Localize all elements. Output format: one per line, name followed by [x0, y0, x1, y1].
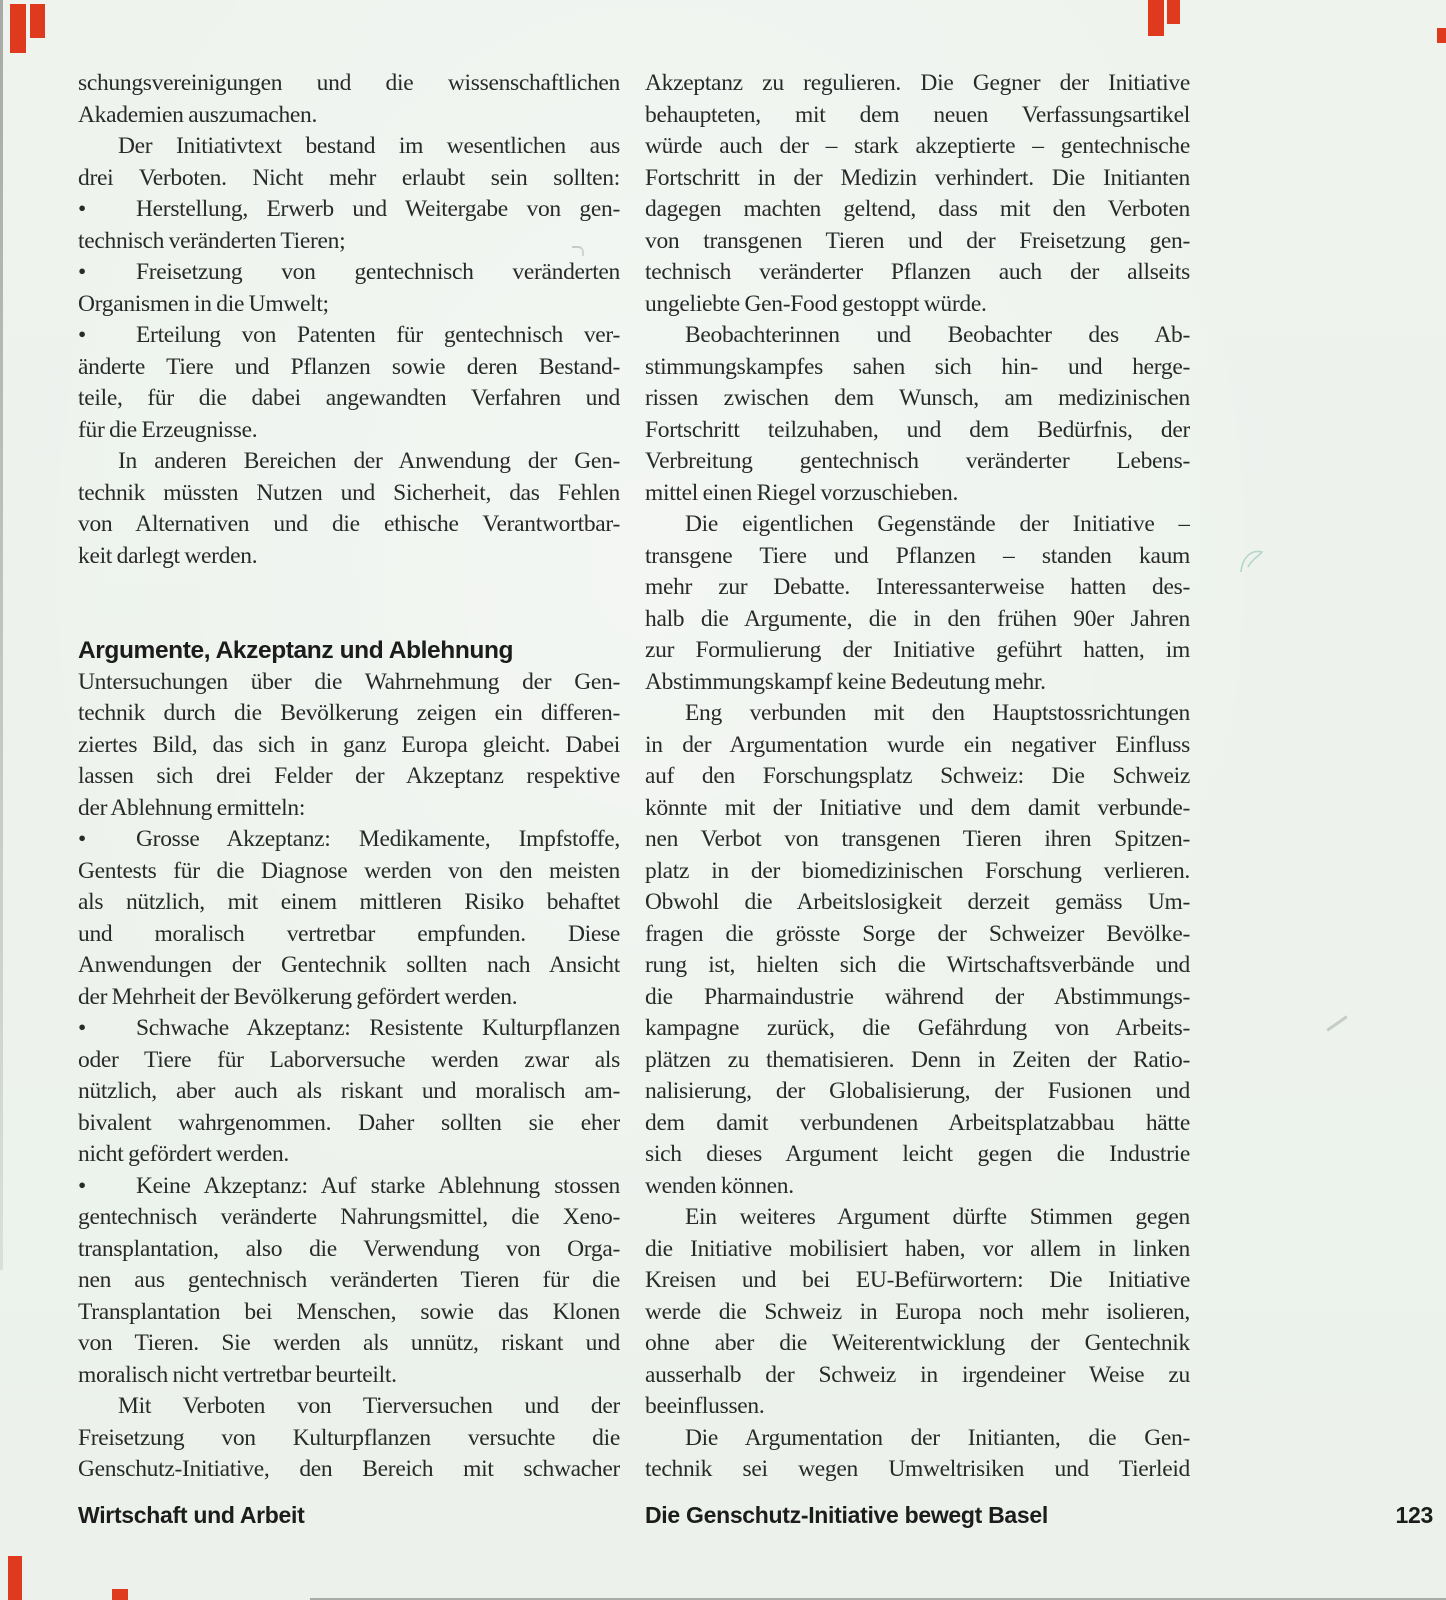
text-line: •Erteilung von Patenten für gentechnisch…	[78, 320, 620, 352]
text-line: der Mehrheit der Bevölkerung gefördert w…	[78, 982, 620, 1014]
text-line: halb die Argumente, die in den frühen 90…	[645, 604, 1190, 636]
text-line: behaupteten, mit dem neuen Verfassungsar…	[645, 100, 1190, 132]
text-line: Freisetzung von Kulturpflanzen versuchte…	[78, 1423, 620, 1455]
text-line: die Pharmaindustrie während der Abstimmu…	[645, 982, 1190, 1014]
text-line: Beobachterinnen und Beobachter des Ab-	[645, 320, 1190, 352]
bullet-icon: •	[78, 320, 136, 352]
text-line: technik sei wegen Umweltrisiken und Tier…	[645, 1454, 1190, 1486]
footer-section-title: Wirtschaft und Arbeit	[78, 1502, 304, 1529]
text-line: mehr zur Debatte. Interessanterweise hat…	[645, 572, 1190, 604]
text-line: Organismen in die Umwelt;	[78, 289, 620, 321]
footer-chapter-title: Die Genschutz-Initiative bewegt Basel	[645, 1502, 1048, 1529]
text-line: der Ablehnung ermitteln:	[78, 793, 620, 825]
text-line: als nützlich, mit einem mittleren Risiko…	[78, 887, 620, 919]
text-line: •Grosse Akzeptanz: Medikamente, Impfstof…	[78, 824, 620, 856]
text-line: könnte mit der Initiative und dem damit …	[645, 793, 1190, 825]
text-line: zur Formulierung der Initiative geführt …	[645, 635, 1190, 667]
scan-mark-bottom-left-1	[8, 1556, 22, 1600]
text-line: Verbreitung gentechnisch veränderter Leb…	[645, 446, 1190, 478]
text-line: fragen die grösste Sorge der Schweizer B…	[645, 919, 1190, 951]
text-line: nützlich, aber auch als riskant und mora…	[78, 1076, 620, 1108]
text-line: lassen sich drei Felder der Akzeptanz re…	[78, 761, 620, 793]
text-line: Untersuchungen über die Wahrnehmung der …	[78, 667, 620, 699]
text-line: ohne aber die Weiterentwicklung der Gent…	[645, 1328, 1190, 1360]
text-line: Genschutz-Initiative, den Bereich mit sc…	[78, 1454, 620, 1486]
page-number: 123	[1396, 1502, 1433, 1529]
text-line: Anwendungen der Gentechnik sollten nach …	[78, 950, 620, 982]
text-line: werde die Schweiz in Europa noch mehr is…	[645, 1297, 1190, 1329]
text-line: von transgenen Tieren und der Freisetzun…	[645, 226, 1190, 258]
text-line: Eng verbunden mit den Hauptstossrichtung…	[645, 698, 1190, 730]
bullet-icon: •	[78, 824, 136, 856]
scanned-book-page: schungsvereinigungen und die wissenschaf…	[0, 0, 1446, 1600]
text-line: •Keine Akzeptanz: Auf starke Ablehnung s…	[78, 1171, 620, 1203]
text-line: für die Erzeugnisse.	[78, 415, 620, 447]
text-line: die Initiative mobilisiert haben, vor al…	[645, 1234, 1190, 1266]
text-line: Gentests für die Diagnose werden von den…	[78, 856, 620, 888]
text-line: technik müssten Nutzen und Sicherheit, d…	[78, 478, 620, 510]
text-line: Obwohl die Arbeitslosigkeit derzeit gemä…	[645, 887, 1190, 919]
text-line: Transplantation bei Menschen, sowie das …	[78, 1297, 620, 1329]
bullet-icon: •	[78, 1013, 136, 1045]
text-line: transgene Tiere und Pflanzen – standen k…	[645, 541, 1190, 573]
text-line: schungsvereinigungen und die wissenschaf…	[78, 68, 620, 100]
text-line: Mit Verboten von Tierversuchen und der	[78, 1391, 620, 1423]
scan-mark-top-right-2	[1167, 0, 1180, 24]
text-line: rung ist, hielten sich die Wirtschaftsve…	[645, 950, 1190, 982]
text-line: technisch veränderter Pflanzen auch der …	[645, 257, 1190, 289]
text-line: Akademien auszumachen.	[78, 100, 620, 132]
smudge-artifact	[1326, 1015, 1347, 1031]
text-line: gentechnisch veränderte Nahrungsmittel, …	[78, 1202, 620, 1234]
text-line: Fortschritt in der Medizin verhindert. D…	[645, 163, 1190, 195]
text-line: änderte Tiere und Pflanzen sowie deren B…	[78, 352, 620, 384]
text-line: rissen zwischen dem Wunsch, am medizinis…	[645, 383, 1190, 415]
text-line: plätzen zu thematisieren. Denn in Zeiten…	[645, 1045, 1190, 1077]
scan-mark-top-left-1	[10, 4, 26, 53]
scan-mark-top-right-1	[1148, 0, 1164, 36]
text-line: von Tieren. Sie werden als unnütz, riska…	[78, 1328, 620, 1360]
text-line: in der Argumentation wurde ein negativer…	[645, 730, 1190, 762]
text-line: platz in der biomedizinischen Forschung …	[645, 856, 1190, 888]
text-line: Kreisen und bei EU-Befürwortern: Die Ini…	[645, 1265, 1190, 1297]
page-footer: Wirtschaft und Arbeit Die Genschutz-Init…	[0, 1502, 1446, 1536]
right-text-column: Akzeptanz zu regulieren. Die Gegner der …	[645, 68, 1190, 1486]
text-line: stimmungskampfes sahen sich hin- und her…	[645, 352, 1190, 384]
text-line: dem damit verbundenen Arbeitsplatzabbau …	[645, 1108, 1190, 1140]
scan-mark-right-edge	[1437, 28, 1446, 43]
text-line: von Alternativen und die ethische Verant…	[78, 509, 620, 541]
text-line: beeinflussen.	[645, 1391, 1190, 1423]
text-line: ziertes Bild, das sich in ganz Europa gl…	[78, 730, 620, 762]
text-line: Akzeptanz zu regulieren. Die Gegner der …	[645, 68, 1190, 100]
section-heading: Argumente, Akzeptanz und Ablehnung	[78, 635, 620, 667]
text-line: •Schwache Akzeptanz: Resistente Kulturpf…	[78, 1013, 620, 1045]
text-line: Die eigentlichen Gegenstände der Initiat…	[645, 509, 1190, 541]
text-line: technik durch die Bevölkerung zeigen ein…	[78, 698, 620, 730]
paragraph-gap	[78, 572, 620, 635]
text-line: nicht gefördert werden.	[78, 1139, 620, 1171]
text-line: •Freisetzung von gentechnisch veränderte…	[78, 257, 620, 289]
text-line: drei Verboten. Nicht mehr erlaubt sein s…	[78, 163, 620, 195]
bullet-icon: •	[78, 1171, 136, 1203]
text-line: wenden können.	[645, 1171, 1190, 1203]
text-line: würde auch der – stark akzeptierte – gen…	[645, 131, 1190, 163]
scan-mark-bottom-left-2	[112, 1589, 128, 1600]
text-line: ausserhalb der Schweiz in irgendeiner We…	[645, 1360, 1190, 1392]
text-line: •Herstellung, Erwerb und Weitergabe von …	[78, 194, 620, 226]
speck-artifact	[572, 246, 584, 256]
text-line: moralisch nicht vertretbar beurteilt.	[78, 1360, 620, 1392]
text-line: teile, für die dabei angewandten Verfahr…	[78, 383, 620, 415]
text-line: und moralisch vertretbar empfunden. Dies…	[78, 919, 620, 951]
text-line: ungeliebte Gen-Food gestoppt würde.	[645, 289, 1190, 321]
text-line: Abstimmungskampf keine Bedeutung mehr.	[645, 667, 1190, 699]
text-line: nen aus gentechnisch veränderten Tieren …	[78, 1265, 620, 1297]
text-line: auf den Forschungsplatz Schweiz: Die Sch…	[645, 761, 1190, 793]
bullet-icon: •	[78, 257, 136, 289]
scan-mark-top-left-2	[30, 4, 45, 38]
text-line: nen Verbot von transgenen Tieren ihren S…	[645, 824, 1190, 856]
bullet-icon: •	[78, 194, 136, 226]
text-line: Der Initiativtext bestand im wesentliche…	[78, 131, 620, 163]
text-line: In anderen Bereichen der Anwendung der G…	[78, 446, 620, 478]
text-line: sich dieses Argument leicht gegen die In…	[645, 1139, 1190, 1171]
text-line: Ein weiteres Argument dürfte Stimmen geg…	[645, 1202, 1190, 1234]
text-line: nalisierung, der Globalisierung, der Fus…	[645, 1076, 1190, 1108]
text-line: keit darlegt werden.	[78, 541, 620, 573]
left-text-column: schungsvereinigungen und die wissenschaf…	[78, 68, 620, 1486]
scan-edge-shadow-left	[0, 0, 3, 1270]
text-line: mittel einen Riegel vorzuschieben.	[645, 478, 1190, 510]
text-line: Die Argumentation der Initianten, die Ge…	[645, 1423, 1190, 1455]
text-line: oder Tiere für Laborversuche werden zwar…	[78, 1045, 620, 1077]
text-line: bivalent wahrgenommen. Daher sollten sie…	[78, 1108, 620, 1140]
text-line: Fortschritt teilzuhaben, und dem Bedürfn…	[645, 415, 1190, 447]
pencil-curl-artifact	[1238, 545, 1270, 577]
text-line: technisch veränderten Tieren;	[78, 226, 620, 258]
text-line: transplantation, also die Verwendung von…	[78, 1234, 620, 1266]
text-line: kampagne zurück, die Gefährdung von Arbe…	[645, 1013, 1190, 1045]
text-line: dagegen machten geltend, dass mit den Ve…	[645, 194, 1190, 226]
